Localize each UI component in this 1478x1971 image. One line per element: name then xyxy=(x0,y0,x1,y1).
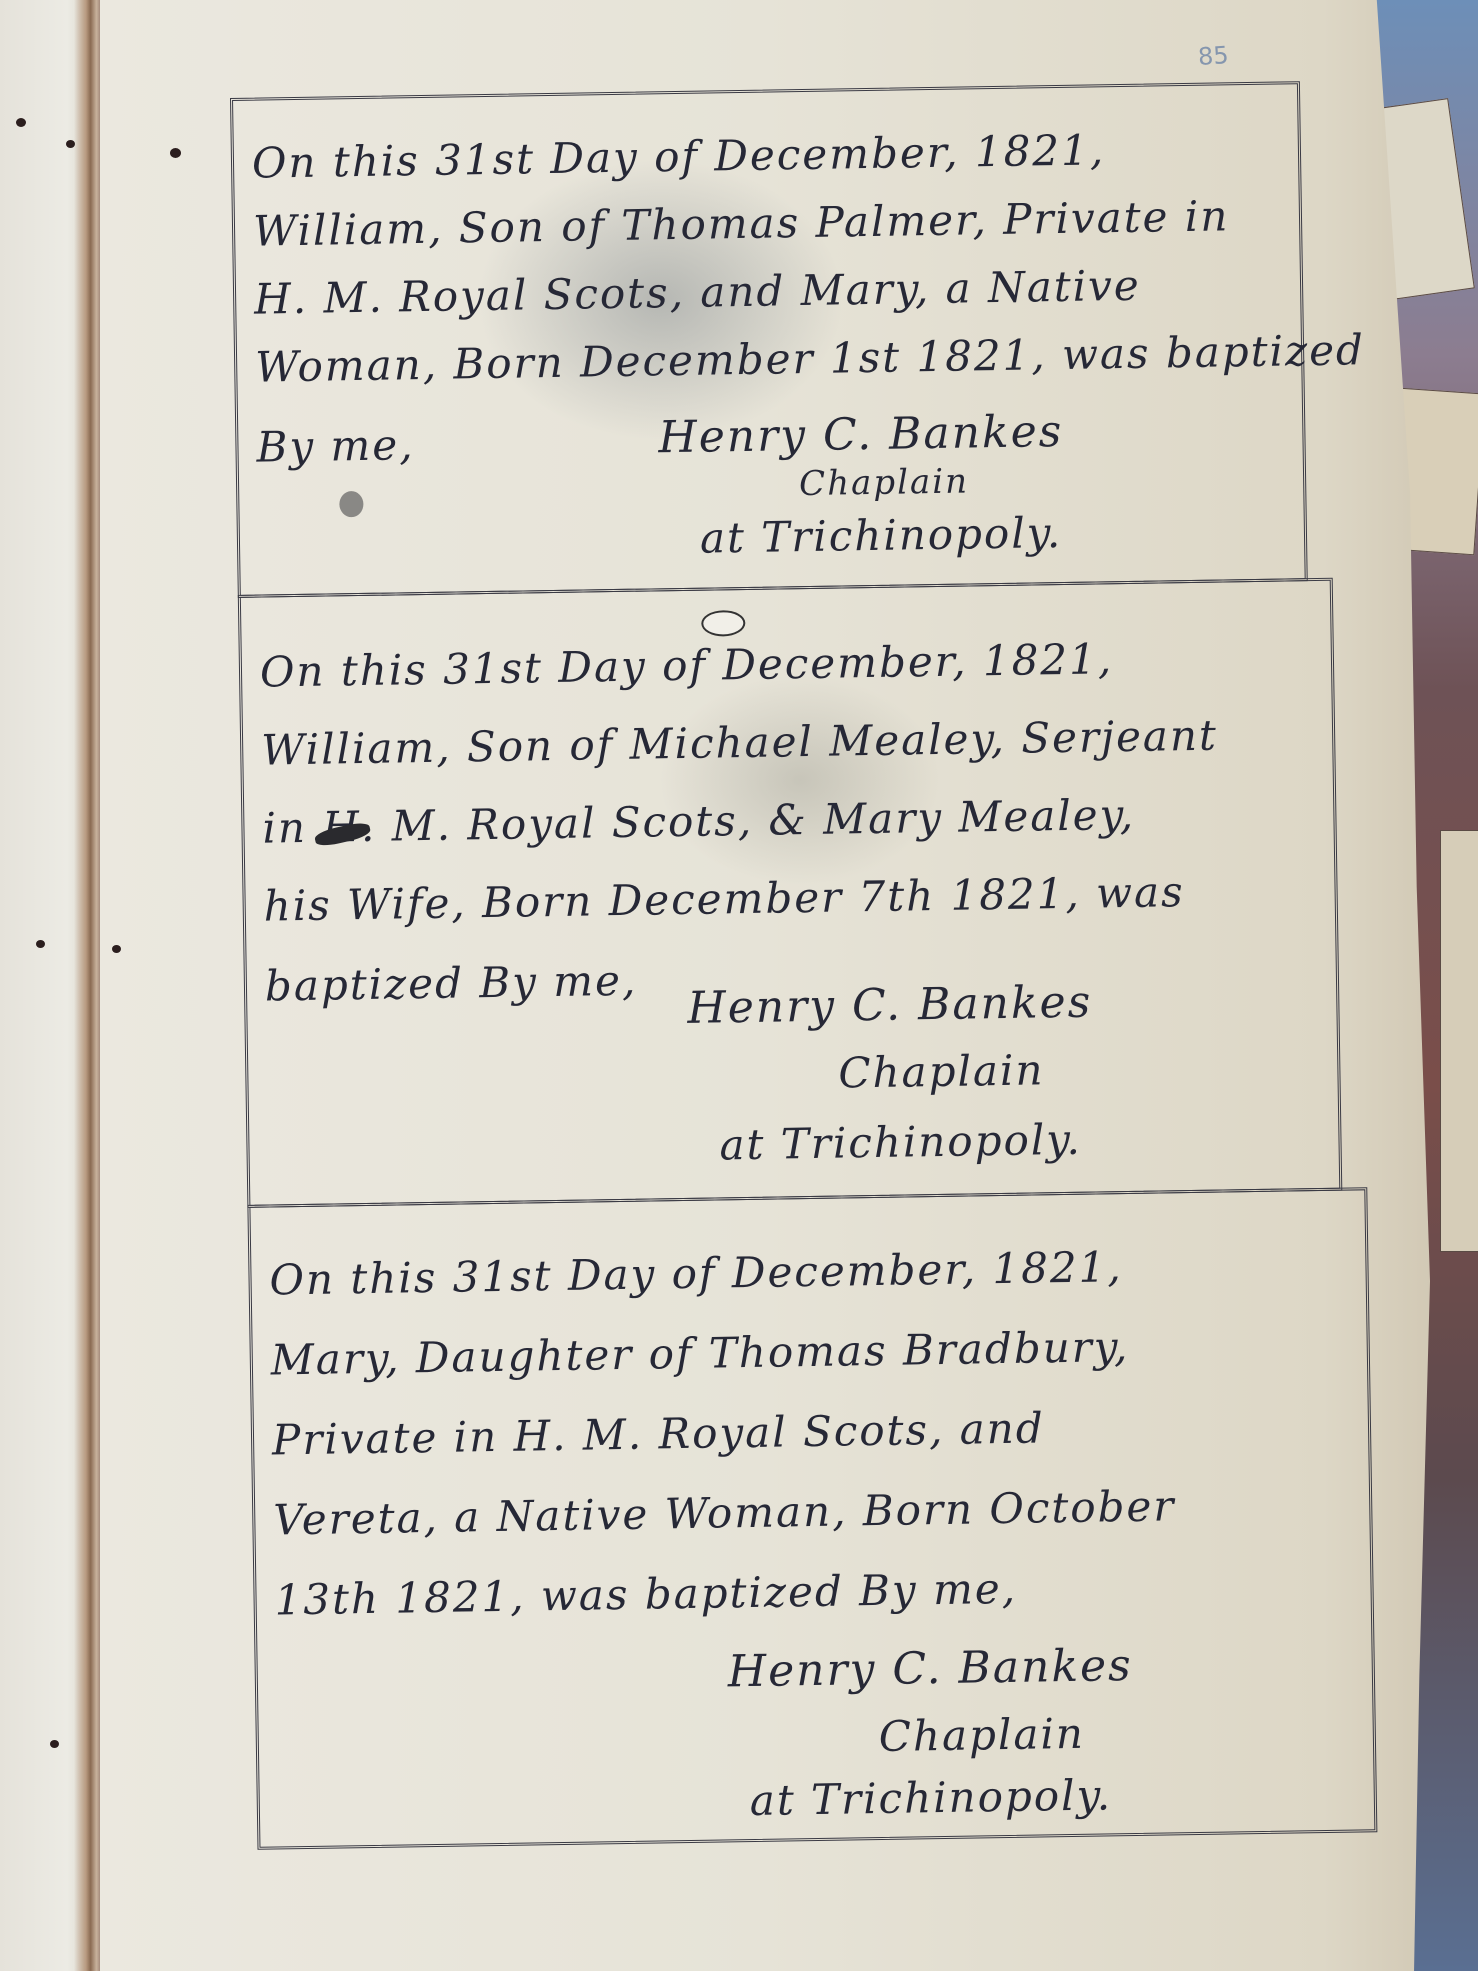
entry-text-line: Woman, Born December 1st 1821, was bapti… xyxy=(255,325,1365,391)
entry-text-line: baptized By me, xyxy=(265,956,638,1011)
binding-hole xyxy=(36,940,45,948)
ink-stain xyxy=(339,491,363,517)
entry-text-line: Mary, Daughter of Thomas Bradbury, xyxy=(270,1322,1129,1384)
entry-text-line: On this 31st Day of December, 1821, xyxy=(260,634,1114,696)
baptism-entry: On this 31st Day of December, 1821, Mary… xyxy=(247,1187,1377,1850)
signature-place: at Trichinopoly. xyxy=(749,1770,1112,1825)
entry-text-line: 13th 1821, was baptized By me, xyxy=(274,1564,1017,1625)
signature-title: Chaplain xyxy=(878,1709,1085,1761)
binding-gutter xyxy=(74,0,104,1971)
signature-name: Henry C. Bankes xyxy=(658,406,1064,463)
entry-text-line: H. M. Royal Scots, and Mary, a Native xyxy=(254,261,1141,324)
entry-text-line: By me, xyxy=(256,420,415,471)
binding-hole xyxy=(112,945,121,953)
entry-text-line: William, Son of Thomas Palmer, Private i… xyxy=(253,191,1230,255)
binding-hole xyxy=(16,118,26,127)
torn-paper-fragment xyxy=(1440,830,1478,1252)
binding-hole xyxy=(50,1740,59,1748)
binding-hole xyxy=(170,148,181,158)
baptism-entry: On this 31st Day of December, 1821, Will… xyxy=(238,578,1342,1208)
entry-text-line: Vereta, a Native Woman, Born October xyxy=(273,1481,1176,1544)
binding-hole xyxy=(66,140,75,148)
signature-place: at Trichinopoly. xyxy=(700,508,1063,563)
signature-name: Henry C. Bankes xyxy=(727,1640,1133,1697)
register-frame: On this 31st Day of December, 1821, Will… xyxy=(230,80,1387,1853)
entry-text-line: William, Son of Michael Mealey, Serjeant xyxy=(261,711,1218,775)
baptism-entry: On this 31st Day of December, 1821, Will… xyxy=(230,81,1308,598)
entry-text-line: On this 31st Day of December, 1821, xyxy=(269,1242,1123,1304)
entry-text-line: Private in H. M. Royal Scots, and xyxy=(272,1403,1045,1464)
signature-title: Chaplain xyxy=(838,1045,1045,1097)
entry-text-line: On this 31st Day of December, 1821, xyxy=(252,125,1106,187)
signature-place: at Trichinopoly. xyxy=(719,1115,1082,1170)
page-number: 85 xyxy=(1197,41,1229,71)
signature-name: Henry C. Bankes xyxy=(687,977,1093,1034)
signature-title: Chaplain xyxy=(799,461,969,504)
entry-text-line: in H. M. Royal Scots, & Mary Mealey, xyxy=(262,790,1135,853)
entry-text-line: his Wife, Born December 7th 1821, was xyxy=(263,867,1185,930)
paper-hole xyxy=(701,610,745,637)
